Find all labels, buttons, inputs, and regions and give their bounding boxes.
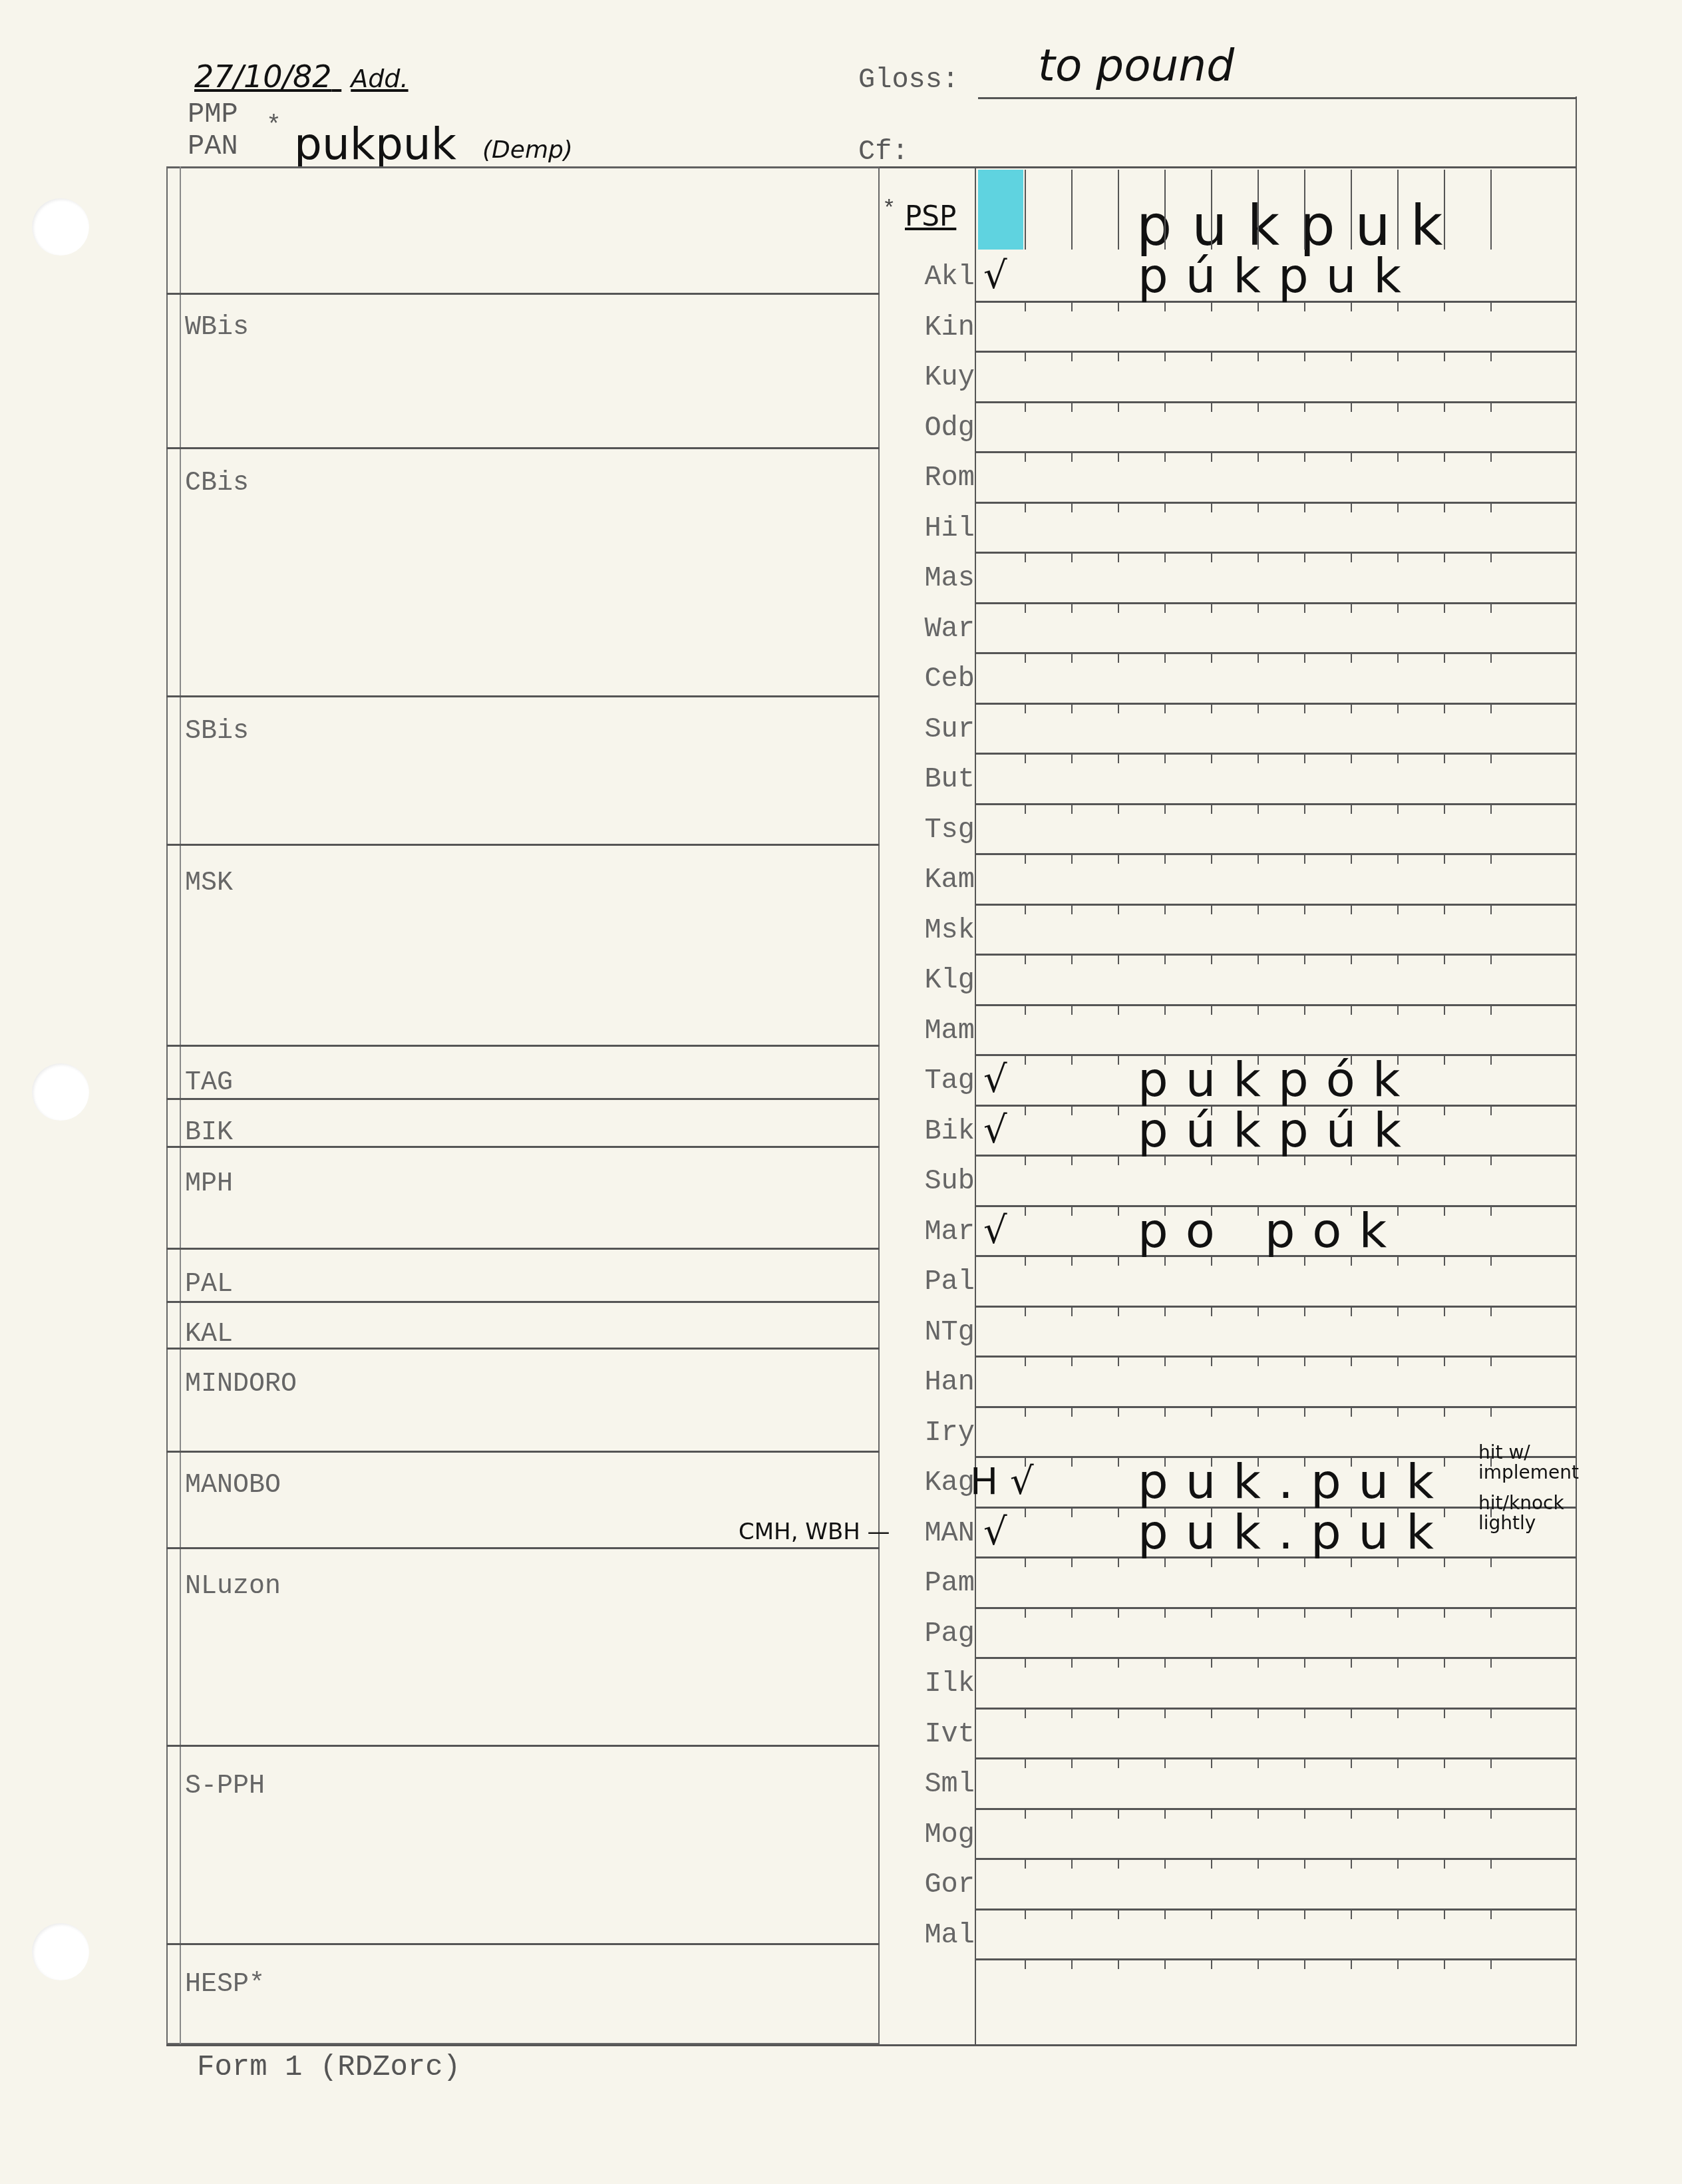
tick-mark [1211,1608,1212,1618]
tick-mark [1351,1357,1352,1366]
group-separator [166,447,880,449]
psp-cell-divider [1304,170,1305,250]
row-line [975,1306,1577,1308]
tick-mark [1258,352,1259,361]
tick-mark [1444,503,1445,512]
tick-mark [1351,1960,1352,1969]
group-label-bik: BIK [185,1118,233,1148]
row-line [975,351,1577,353]
tick-mark [1351,805,1352,814]
language-code-sur: Sur [875,713,975,745]
tick-mark [1211,754,1212,763]
reflex-form-kag[interactable]: puk.puk [1138,1453,1451,1509]
reflex-form-mar[interactable]: po pok [1138,1202,1404,1258]
row-line [975,753,1577,755]
tick-mark [1397,1307,1399,1316]
tick-mark [1304,1859,1305,1869]
group-label-wbis: WBis [185,313,249,343]
tick-mark [1118,1256,1119,1266]
tick-mark [1025,1608,1026,1618]
language-code-kuy: Kuy [875,361,975,393]
tick-mark [1444,1106,1445,1115]
group-separator [166,1745,880,1747]
tick-mark [1025,553,1026,562]
tick-mark [1258,854,1259,864]
gloss-label: Gloss: [858,64,959,96]
tick-mark [1071,403,1073,412]
language-code-pam: Pam [875,1567,975,1599]
tick-mark [1444,955,1445,964]
row-line [975,853,1577,855]
language-code-gor: Gor [875,1869,975,1901]
tick-mark [1490,604,1492,613]
tick-mark [1118,905,1119,914]
tick-mark [1025,1960,1026,1969]
tick-mark [1351,955,1352,964]
tick-mark [1304,553,1305,562]
tick-mark [1351,503,1352,512]
tick-mark [1118,453,1119,462]
tick-mark [1164,805,1166,814]
tick-mark [1118,1156,1119,1165]
group-label-cbis: CBis [185,468,249,498]
proto-form: pukpuk [294,118,456,170]
tick-mark [1490,1407,1492,1417]
tick-mark [1258,1658,1259,1668]
tick-mark [1118,1005,1119,1015]
tick-mark [1118,805,1119,814]
tick-mark [1444,1608,1445,1618]
tick-mark [1490,1910,1492,1919]
tick-mark [1258,403,1259,412]
tick-mark [1304,503,1305,512]
tick-mark [1258,1709,1259,1718]
tick-mark [1304,905,1305,914]
row-line [975,1607,1577,1609]
tick-mark [1071,1960,1073,1969]
tick-mark [1351,905,1352,914]
tick-mark [1490,1156,1492,1165]
tick-mark [1118,1357,1119,1366]
tick-mark [1304,403,1305,412]
language-code-ntg: NTg [875,1316,975,1348]
tick-mark [1071,1910,1073,1919]
tick-mark [1071,1859,1073,1869]
tick-mark [1444,1759,1445,1768]
form-footer-label: Form 1 (RDZorc) [197,2051,460,2084]
row-line [975,652,1577,654]
language-code-akl: Akl [875,261,975,293]
language-code-iry: Iry [875,1417,975,1449]
group-label-mph: MPH [185,1169,233,1199]
tick-mark [1490,453,1492,462]
reflex-form-akl[interactable]: púkpuk [1138,248,1419,303]
row-line [975,552,1577,554]
tick-mark [1444,1407,1445,1417]
tick-mark [1025,1256,1026,1266]
tick-mark [1164,604,1166,613]
tick-mark [1304,653,1305,663]
row-line [975,1808,1577,1810]
tick-mark [1164,553,1166,562]
row-line [975,1657,1577,1659]
tick-mark [1025,1206,1026,1216]
tick-mark [1164,1709,1166,1718]
tick-mark [1071,1608,1073,1618]
tick-mark [1444,1809,1445,1819]
language-code-mog: Mog [875,1819,975,1851]
tick-mark [1397,1960,1399,1969]
tick-mark [1025,1307,1026,1316]
tick-mark [1444,302,1445,311]
tick-mark [1025,653,1026,663]
psp-label: PSP [905,200,956,232]
tick-mark [1258,1759,1259,1768]
date-value: 27/10/82 [194,59,332,94]
tick-mark [1211,403,1212,412]
tick-mark [1304,604,1305,613]
tick-mark [1258,805,1259,814]
tick-mark [1118,1407,1119,1417]
tick-mark [1490,754,1492,763]
tick-mark [1118,1658,1119,1668]
gloss-note-kag: hit w/ implement [1478,1443,1598,1483]
tick-mark [1071,1156,1073,1165]
bottom-rule [166,2044,1577,2046]
tick-mark [1071,805,1073,814]
tick-mark [1258,1608,1259,1618]
tick-mark [1071,1005,1073,1015]
tick-mark [1444,704,1445,713]
group-separator [166,1943,880,1945]
tick-mark [1397,1859,1399,1869]
group-label-manobo: MANOBO [185,1471,281,1501]
group-label-sbis: SBis [185,717,249,747]
tick-mark [1164,1809,1166,1819]
language-code-odg: Odg [875,412,975,444]
tick-mark [1164,754,1166,763]
tick-mark [1211,653,1212,663]
tick-mark [1118,1809,1119,1819]
tick-mark [1118,503,1119,512]
tick-mark [1164,1357,1166,1366]
tick-mark [1118,1106,1119,1115]
row-line [975,451,1577,453]
tick-mark [1351,704,1352,713]
tick-mark [1025,955,1026,964]
tick-mark [1397,754,1399,763]
language-code-kam: Kam [875,864,975,896]
tick-mark [1490,352,1492,361]
language-code-hil: Hil [875,512,975,544]
tick-mark [1444,805,1445,814]
tick-mark [1444,453,1445,462]
tick-mark [1397,503,1399,512]
tick-mark [1351,653,1352,663]
tick-mark [1397,1759,1399,1768]
tick-mark [1490,854,1492,864]
tick-mark [1304,704,1305,713]
tick-mark [1304,1407,1305,1417]
language-code-pag: Pag [875,1618,975,1650]
row-line [975,1356,1577,1358]
tick-mark [1258,1910,1259,1919]
tick-mark [1071,1709,1073,1718]
group-separator [166,1301,880,1303]
group-separator [166,695,880,697]
tick-mark [1118,1508,1119,1517]
gloss-note-man: hit/knock lightly [1478,1493,1598,1533]
tick-mark [1444,1005,1445,1015]
tick-mark [1397,704,1399,713]
tick-mark [1025,1156,1026,1165]
tick-mark [1444,905,1445,914]
psp-cell-divider [1351,170,1352,250]
group-label-kal: KAL [185,1320,233,1350]
tick-mark [1490,1106,1492,1115]
tick-mark [1490,1357,1492,1366]
group-separator [166,293,880,295]
tick-mark [1025,1508,1026,1517]
tick-mark [1490,1960,1492,1969]
tick-mark [1025,1910,1026,1919]
tick-mark [1071,854,1073,864]
tick-mark [1164,453,1166,462]
psp-cell-divider [1025,170,1026,250]
tick-mark [1444,1206,1445,1216]
tick-mark [1258,1859,1259,1869]
tick-mark [1397,553,1399,562]
tick-mark [1304,453,1305,462]
tick-mark [1351,403,1352,412]
tick-mark [1164,503,1166,512]
group-separator [166,844,880,846]
tick-mark [1304,1307,1305,1316]
tick-mark [1444,604,1445,613]
row-line [975,502,1577,504]
tick-mark [1397,403,1399,412]
tick-mark [1490,905,1492,914]
tick-mark [1304,1759,1305,1768]
tick-mark [1397,653,1399,663]
tick-mark [1258,453,1259,462]
tick-mark [1211,1809,1212,1819]
language-code-ceb: Ceb [875,663,975,695]
tick-mark [1071,1307,1073,1316]
tick-mark [1304,1960,1305,1969]
tick-mark [1025,1558,1026,1567]
group-separator [166,1098,880,1100]
tick-mark [1444,1709,1445,1718]
group-separator [166,1248,880,1250]
tick-mark [1211,1709,1212,1718]
tick-mark [1304,1357,1305,1366]
tick-mark [1071,503,1073,512]
tick-mark [1258,1005,1259,1015]
tick-mark [1211,1859,1212,1869]
reflex-form-man[interactable]: puk.puk [1138,1504,1451,1560]
tick-mark [1211,453,1212,462]
row-line [975,904,1577,906]
tick-mark [1164,352,1166,361]
tick-mark [1071,905,1073,914]
tick-mark [1025,1809,1026,1819]
tick-mark [1490,704,1492,713]
group-label-mindoro: MINDORO [185,1369,297,1399]
tick-mark [1211,352,1212,361]
tick-mark [1211,805,1212,814]
tick-mark [1071,1558,1073,1567]
tick-mark [1444,1307,1445,1316]
tick-mark [1164,1910,1166,1919]
punch-hole-top [32,198,89,256]
tick-mark [1211,905,1212,914]
psp-cell-divider [1490,170,1492,250]
psp-cell-divider [1444,170,1445,250]
tick-mark [1444,1658,1445,1668]
tick-mark [1025,1759,1026,1768]
group-separator [166,1348,880,1350]
tick-mark [1164,905,1166,914]
tick-mark [1258,604,1259,613]
tick-mark [1258,704,1259,713]
tick-mark [1118,1558,1119,1567]
reflex-form-tag[interactable]: pukpók [1138,1051,1417,1107]
tick-mark [1025,503,1026,512]
tick-mark [1071,553,1073,562]
tick-mark [1164,1608,1166,1618]
tick-mark [1071,1407,1073,1417]
tick-mark [1490,1709,1492,1718]
check-mark-bik: √ [983,1109,1007,1152]
tick-mark [1118,302,1119,311]
tick-mark [1118,1859,1119,1869]
tick-mark [1164,653,1166,663]
psp-cell-divider [1118,170,1119,250]
tick-mark [1351,1809,1352,1819]
psp-cell-divider [1258,170,1259,250]
language-code-ivt: Ivt [875,1718,975,1750]
language-code-kag: Kag [875,1467,975,1499]
tick-mark [1025,704,1026,713]
tick-mark [1490,1759,1492,1768]
tick-mark [1444,1256,1445,1266]
row-line [975,401,1577,403]
group-label-pal: PAL [185,1270,233,1300]
tick-mark [1164,1307,1166,1316]
tick-mark [1490,805,1492,814]
tick-mark [1118,754,1119,763]
tick-mark [1211,955,1212,964]
gloss-value[interactable]: to pound [1038,40,1234,91]
language-code-mas: Mas [875,562,975,594]
tick-mark [1304,1910,1305,1919]
reflex-form-bik[interactable]: púkpúk [1138,1102,1419,1158]
tick-mark [1304,352,1305,361]
tick-mark [1258,1407,1259,1417]
tick-mark [1304,1809,1305,1819]
language-code-pal: Pal [875,1266,975,1298]
tick-mark [1444,1960,1445,1969]
tick-mark [1164,1005,1166,1015]
row-line [975,703,1577,705]
tick-mark [1258,653,1259,663]
language-code-tag: Tag [875,1065,975,1097]
tick-mark [1025,854,1026,864]
tick-mark [1258,955,1259,964]
psp-cell-divider [1071,170,1073,250]
tick-mark [1071,1357,1073,1366]
tick-mark [1397,352,1399,361]
tick-mark [1025,1859,1026,1869]
tick-mark [1490,1206,1492,1216]
tick-mark [1397,1809,1399,1819]
tick-mark [1025,302,1026,311]
group-label-msk: MSK [185,868,233,898]
tick-mark [1397,805,1399,814]
proto-label-pan: PAN [188,130,238,162]
tick-mark [1071,1658,1073,1668]
proto-label-pmp: PMP [188,98,238,130]
tick-mark [1351,1407,1352,1417]
row-line [975,1708,1577,1710]
language-code-war: War [875,613,975,645]
tick-mark [1118,1960,1119,1969]
tick-mark [1397,1005,1399,1015]
language-code-bik: Bik [875,1115,975,1147]
tick-mark [1351,1859,1352,1869]
tick-mark [1071,1055,1073,1065]
tick-mark [1071,1106,1073,1115]
row-line [975,1858,1577,1860]
row-line [975,1757,1577,1759]
tick-mark [1164,403,1166,412]
tick-mark [1304,754,1305,763]
tick-mark [1118,704,1119,713]
psp-asterisk: * [882,197,896,222]
tick-mark [1444,754,1445,763]
tick-mark [1444,1910,1445,1919]
tick-mark [1118,403,1119,412]
language-code-rom: Rom [875,462,975,494]
tick-mark [1118,1307,1119,1316]
tick-mark [1304,955,1305,964]
tick-mark [1025,403,1026,412]
group-label-s-pph: S-PPH [185,1771,265,1801]
language-code-tsg: Tsg [875,814,975,846]
tick-mark [1118,1206,1119,1216]
psp-cell-divider [1397,170,1399,250]
tick-mark [1211,1960,1212,1969]
tick-mark [1490,1608,1492,1618]
psp-cell-divider [1211,170,1212,250]
tick-mark [1351,553,1352,562]
tick-mark [1118,1055,1119,1065]
tick-mark [1071,704,1073,713]
tick-mark [1351,854,1352,864]
tick-mark [1025,352,1026,361]
tick-mark [1490,403,1492,412]
tick-mark [1071,604,1073,613]
tick-mark [1025,1357,1026,1366]
check-mark-mar: √ [983,1209,1007,1252]
tick-mark [1164,1658,1166,1668]
tick-mark [1211,704,1212,713]
tick-mark [1118,1457,1119,1467]
group-separator [166,1045,880,1047]
tick-mark [1397,1910,1399,1919]
tick-mark [1490,653,1492,663]
